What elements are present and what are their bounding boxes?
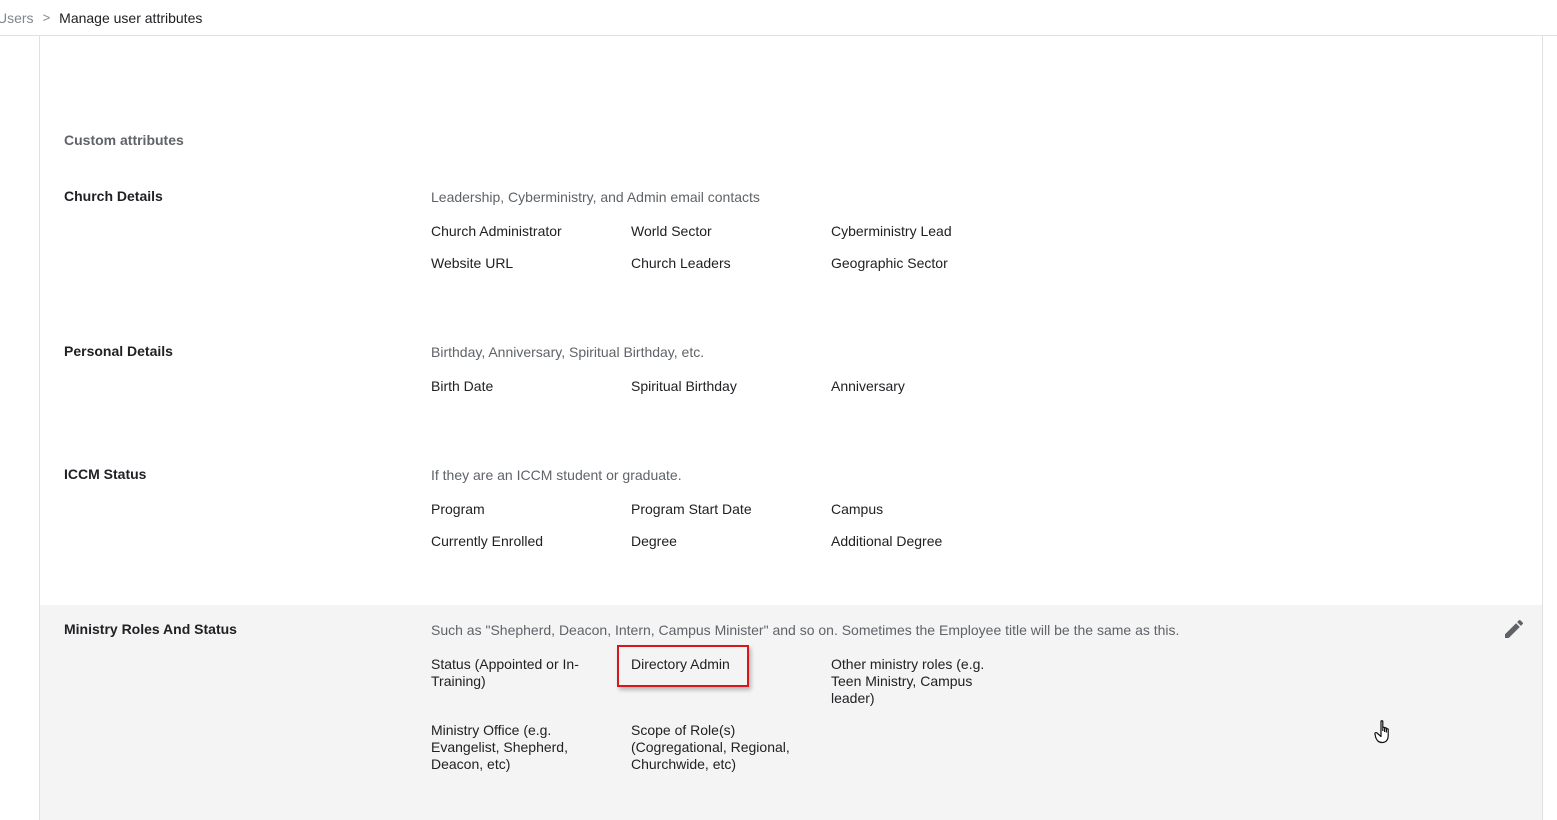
attribute-item: Geographic Sector [831, 255, 948, 272]
attribute-item: Birth Date [431, 378, 493, 395]
attributes-card: Custom attributes Church Details Leaders… [39, 36, 1543, 820]
edit-button[interactable] [1502, 617, 1526, 641]
highlight-annotation-box [617, 645, 749, 687]
attribute-item: Website URL [431, 255, 513, 272]
attribute-item: Church Administrator [431, 223, 562, 240]
attribute-group-ministry-roles[interactable]: Ministry Roles And Status Such as "Sheph… [40, 605, 1542, 820]
attribute-item: Anniversary [831, 378, 905, 395]
group-name: Personal Details [64, 343, 173, 359]
attribute-item: Status (Appointed or In-Training) [431, 656, 601, 690]
attribute-group-church-details[interactable]: Church Details Leadership, Cyberministry… [40, 176, 1542, 306]
attribute-item: Additional Degree [831, 533, 942, 550]
attribute-item: World Sector [631, 223, 712, 240]
attribute-item: Spiritual Birthday [631, 378, 737, 395]
group-description: Birthday, Anniversary, Spiritual Birthda… [431, 344, 704, 360]
attribute-group-iccm-status[interactable]: ICCM Status If they are an ICCM student … [40, 454, 1542, 584]
pencil-icon [1502, 617, 1526, 641]
attribute-item: Program [431, 501, 485, 518]
group-description: Such as "Shepherd, Deacon, Intern, Campu… [431, 622, 1179, 638]
attribute-item: Church Leaders [631, 255, 731, 272]
group-description: Leadership, Cyberministry, and Admin ema… [431, 189, 760, 205]
section-title: Custom attributes [64, 132, 184, 148]
hand-cursor-icon [1374, 719, 1396, 747]
attribute-item: Program Start Date [631, 501, 752, 518]
group-name: Ministry Roles And Status [64, 621, 237, 637]
breadcrumb-users-link[interactable]: Users [0, 10, 34, 26]
attribute-item: Scope of Role(s) (Cogregational, Regiona… [631, 722, 796, 773]
attribute-item: Cyberministry Lead [831, 223, 952, 240]
attribute-item: Campus [831, 501, 883, 518]
chevron-right-icon: > [43, 10, 51, 25]
group-name: ICCM Status [64, 466, 146, 482]
attribute-group-personal-details[interactable]: Personal Details Birthday, Anniversary, … [40, 331, 1542, 431]
breadcrumb-bar: Users > Manage user attributes [0, 0, 1557, 36]
breadcrumb-current: Manage user attributes [59, 10, 202, 26]
attribute-item: Currently Enrolled [431, 533, 543, 550]
attribute-item: Degree [631, 533, 677, 550]
attribute-item: Other ministry roles (e.g. Teen Ministry… [831, 656, 996, 707]
group-description: If they are an ICCM student or graduate. [431, 467, 682, 483]
group-name: Church Details [64, 188, 163, 204]
attribute-item: Ministry Office (e.g. Evangelist, Shephe… [431, 722, 621, 773]
